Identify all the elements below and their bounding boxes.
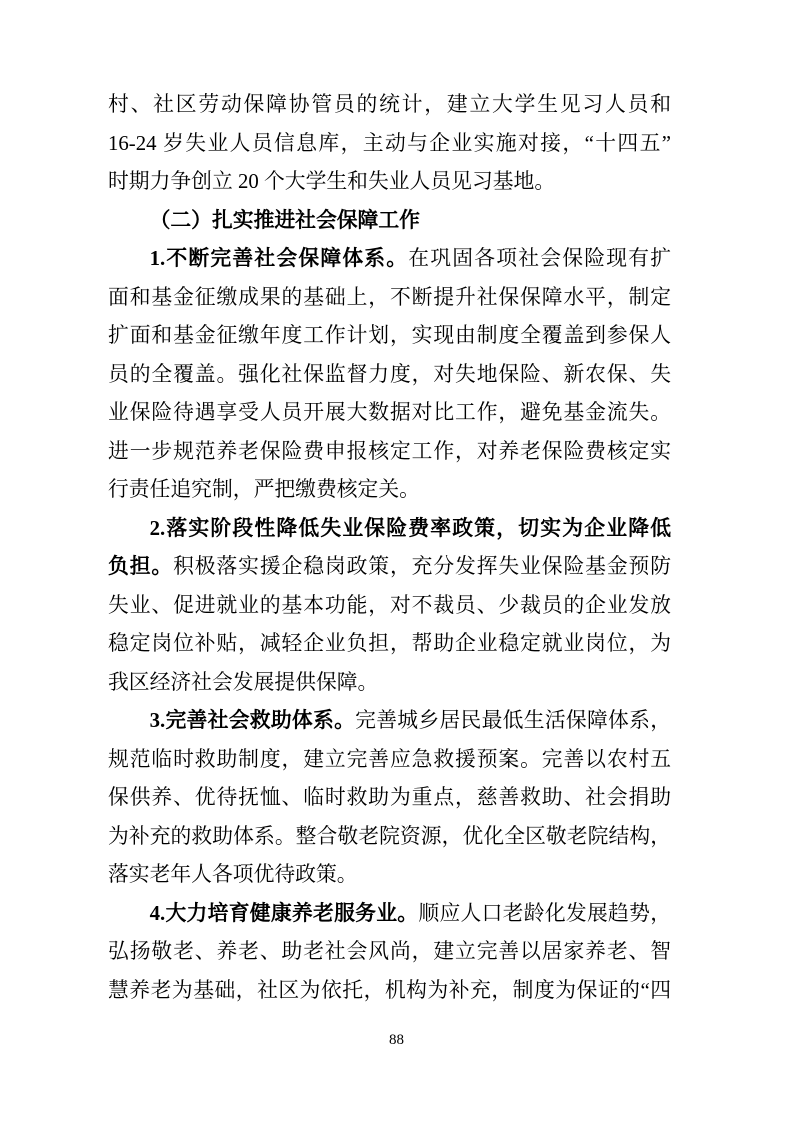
bold-text-segment: 4.大力培育健康养老服务业。	[150, 902, 419, 925]
text-line: 1.不断完善社会保障体系。在巩固各项社会保险现有扩	[108, 240, 671, 279]
text-segment: 面和基金征缴成果的基础上，不断提升社保保障水平，制定	[108, 286, 671, 309]
text-segment: 16-24 岁失业人员信息库，主动与企业实施对接，“十四五”	[108, 132, 671, 155]
text-line: 慧养老为基础，社区为依托，机构为补充，制度为保证的“四	[108, 972, 671, 1011]
text-line: 稳定岗位补贴，减轻企业负担，帮助企业稳定就业岗位，为	[108, 625, 671, 664]
page-number: 88	[0, 1030, 793, 1050]
text-segment: 保供养、优待抚恤、临时救助为重点，慈善救助、社会捐助	[108, 786, 671, 809]
text-line: 为补充的救助体系。整合敬老院资源，优化全区敬老院结构，	[108, 818, 671, 857]
para-continued-from-previous-page: 村、社区劳动保障协管员的统计，建立大学生见习人员和16-24 岁失业人员信息库，…	[108, 86, 671, 202]
text-line: 弘扬敬老、养老、助老社会风尚，建立完善以居家养老、智	[108, 933, 671, 972]
bold-text-segment: （二）扎实推进社会保障工作	[150, 209, 420, 232]
text-segment: 进一步规范养老保险费申报核定工作，对养老保险费核定实	[108, 440, 671, 463]
text-segment: 在巩固各项社会保险现有扩	[408, 247, 671, 270]
text-segment: 为补充的救助体系。整合敬老院资源，优化全区敬老院结构，	[108, 825, 671, 848]
text-segment: 弘扬敬老、养老、助老社会风尚，建立完善以居家养老、智	[108, 940, 671, 963]
bold-text-segment: 1.不断完善社会保障体系。	[150, 247, 409, 270]
text-line: 落实老年人各项优待政策。	[108, 856, 671, 895]
text-line: 进一步规范养老保险费申报核定工作，对养老保险费核定实	[108, 433, 671, 472]
text-line: 保供养、优待抚恤、临时救助为重点，慈善救助、社会捐助	[108, 779, 671, 818]
heading-section-two: （二）扎实推进社会保障工作	[108, 202, 671, 241]
text-line: 16-24 岁失业人员信息库，主动与企业实施对接，“十四五”	[108, 125, 671, 164]
document-page: 村、社区劳动保障协管员的统计，建立大学生见习人员和16-24 岁失业人员信息库，…	[0, 0, 793, 1122]
para-4-healthy-elderly-care-industry: 4.大力培育健康养老服务业。顺应人口老龄化发展趋势，弘扬敬老、养老、助老社会风尚…	[108, 895, 671, 1011]
text-segment: 我区经济社会发展提供保障。	[108, 671, 378, 694]
text-segment: 完善城乡居民最低生活保障体系，	[355, 709, 671, 732]
text-line: 我区经济社会发展提供保障。	[108, 664, 671, 703]
text-segment: 失业、促进就业的基本功能，对不裁员、少裁员的企业发放	[108, 594, 671, 617]
text-line: 村、社区劳动保障协管员的统计，建立大学生见习人员和	[108, 86, 671, 125]
text-segment: 顺应人口老龄化发展趋势，	[418, 902, 671, 925]
para-1-social-security-system: 1.不断完善社会保障体系。在巩固各项社会保险现有扩面和基金征缴成果的基础上，不断…	[108, 240, 671, 510]
text-segment: 慧养老为基础，社区为依托，机构为补充，制度为保证的“四	[108, 979, 671, 1002]
text-line: 业保险待遇享受人员开展大数据对比工作，避免基金流失。	[108, 394, 671, 433]
text-line: 负担。积极落实援企稳岗政策，充分发挥失业保险基金预防	[108, 548, 671, 587]
text-line: （二）扎实推进社会保障工作	[108, 202, 671, 241]
text-segment: 积极落实援企稳岗政策，充分发挥失业保险基金预防	[173, 555, 671, 578]
text-segment: 落实老年人各项优待政策。	[108, 863, 358, 886]
bold-text-segment: 负担。	[108, 555, 173, 578]
text-line: 行责任追究制，严把缴费核定关。	[108, 471, 671, 510]
text-line: 4.大力培育健康养老服务业。顺应人口老龄化发展趋势，	[108, 895, 671, 934]
text-segment: 时期力争创立 20 个大学生和失业人员见习基地。	[108, 170, 555, 193]
text-segment: 稳定岗位补贴，减轻企业负担，帮助企业稳定就业岗位，为	[108, 632, 671, 655]
text-segment: 员的全覆盖。强化社保监督力度，对失地保险、新农保、失	[108, 363, 671, 386]
text-line: 扩面和基金征缴年度工作计划，实现由制度全覆盖到参保人	[108, 317, 671, 356]
para-2-unemployment-insurance-rate: 2.落实阶段性降低失业保险费率政策，切实为企业降低负担。积极落实援企稳岗政策，充…	[108, 510, 671, 703]
text-segment: 业保险待遇享受人员开展大数据对比工作，避免基金流失。	[108, 401, 671, 424]
text-segment: 村、社区劳动保障协管员的统计，建立大学生见习人员和	[108, 93, 671, 116]
text-line: 员的全覆盖。强化社保监督力度，对失地保险、新农保、失	[108, 356, 671, 395]
text-line: 2.落实阶段性降低失业保险费率政策，切实为企业降低	[108, 510, 671, 549]
document-body: 村、社区劳动保障协管员的统计，建立大学生见习人员和16-24 岁失业人员信息库，…	[108, 86, 671, 1010]
text-segment: 规范临时救助制度，建立完善应急救援预案。完善以农村五	[108, 748, 671, 771]
bold-text-segment: 2.落实阶段性降低失业保险费率政策，切实为企业降低	[150, 517, 671, 540]
text-line: 时期力争创立 20 个大学生和失业人员见习基地。	[108, 163, 671, 202]
text-line: 失业、促进就业的基本功能，对不裁员、少裁员的企业发放	[108, 587, 671, 626]
text-line: 面和基金征缴成果的基础上，不断提升社保保障水平，制定	[108, 279, 671, 318]
text-segment: 行责任追究制，严把缴费核定关。	[108, 478, 420, 501]
para-3-social-assistance-system: 3.完善社会救助体系。完善城乡居民最低生活保障体系，规范临时救助制度，建立完善应…	[108, 702, 671, 895]
bold-text-segment: 3.完善社会救助体系。	[150, 709, 356, 732]
text-segment: 扩面和基金征缴年度工作计划，实现由制度全覆盖到参保人	[108, 324, 671, 347]
text-line: 规范临时救助制度，建立完善应急救援预案。完善以农村五	[108, 741, 671, 780]
text-line: 3.完善社会救助体系。完善城乡居民最低生活保障体系，	[108, 702, 671, 741]
